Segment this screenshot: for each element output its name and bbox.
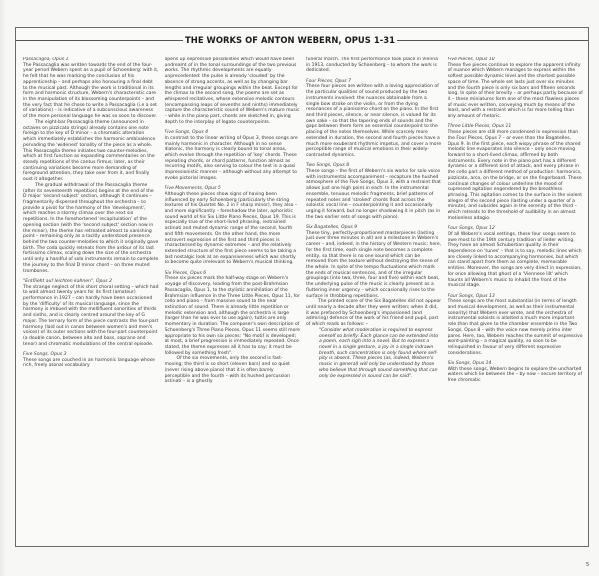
page-number: 5 bbox=[586, 562, 589, 568]
column-4: Five Pieces, Opus 10 These five pieces c… bbox=[448, 57, 584, 545]
section-opus-3: Five Songs, Opus 3 These songs are couch… bbox=[23, 352, 159, 369]
column-1: Passacaglia, Opus 1 The Passacaglia was … bbox=[23, 57, 159, 545]
title-rule-left bbox=[16, 40, 183, 41]
paragraph: These songs are couched in an harmonic l… bbox=[23, 358, 159, 369]
paragraph: opens up expressive possibilities which … bbox=[165, 57, 301, 126]
paragraph: These four pieces are written with a lov… bbox=[306, 84, 442, 158]
paragraph: funeral march. The first performance too… bbox=[306, 57, 442, 74]
page-frame: THE WORKS OF ANTON WEBERN, OPUS 1-31 Pas… bbox=[15, 27, 589, 547]
paragraph: These songs are the most substantial (in… bbox=[448, 299, 584, 356]
text-columns: Passacaglia, Opus 1 The Passacaglia was … bbox=[23, 57, 583, 545]
schoenberg-quote: "Consider what moderation is required to… bbox=[319, 328, 442, 379]
paragraph: These pieces are still more condensed in… bbox=[448, 130, 584, 222]
scan-edge-shadow bbox=[0, 0, 6, 576]
section-opus-8: Two Songs, Opus 8 These songs – the firs… bbox=[306, 163, 442, 220]
paragraph: Although these pieces show signs of havi… bbox=[165, 192, 301, 266]
page-title: THE WORKS OF ANTON WEBERN, OPUS 1-31 bbox=[183, 35, 397, 45]
paragraph: Of the six movements, only the second is… bbox=[165, 356, 301, 385]
section-opus-12: Four Songs, Opus 12 Of all Webern's voca… bbox=[448, 226, 584, 289]
paragraph: With these songs, Webern begins to explo… bbox=[448, 367, 584, 384]
paragraph: The printed score of the Six Bagatelles … bbox=[306, 299, 442, 328]
section-opus-13: Four Songs, Opus 13 These songs are the … bbox=[448, 294, 584, 357]
title-row: THE WORKS OF ANTON WEBERN, OPUS 1-31 bbox=[16, 33, 588, 47]
section-opus-6-continued: funeral march. The first performance too… bbox=[306, 57, 442, 74]
paragraph: The gradual withdrawal of the Passacagli… bbox=[23, 183, 159, 275]
section-opus-10: Five Pieces, Opus 10 These five pieces c… bbox=[448, 57, 584, 120]
section-opus-1: Passacaglia, Opus 1 The Passacaglia was … bbox=[23, 57, 159, 274]
section-opus-14: Six Songs, Opus 14 With these songs, Web… bbox=[448, 361, 584, 384]
column-3: funeral march. The first performance too… bbox=[306, 57, 442, 545]
section-opus-7: Four Pieces, Opus 7 These four pieces ar… bbox=[306, 79, 442, 159]
section-opus-5: Five Movements, Opus 5 Although these pi… bbox=[165, 186, 301, 266]
section-opus-4: Five Songs, Opus 4 In contrast to the li… bbox=[165, 130, 301, 181]
section-opus-6: Six Pieces, Opus 6 These six pieces mark… bbox=[165, 271, 301, 385]
paragraph: These songs – the first of Webern's six … bbox=[306, 169, 442, 220]
section-opus-9: Six Bagatelles, Opus 9 These tiny, perfe… bbox=[306, 225, 442, 379]
column-2: opens up expressive possibilities which … bbox=[165, 57, 301, 545]
paragraph: These six pieces mark the half-way stage… bbox=[165, 276, 301, 356]
paragraph: The eight-bar Passacaglia theme (announc… bbox=[23, 120, 159, 183]
section-opus-3-continued: opens up expressive possibilities which … bbox=[165, 57, 301, 126]
paragraph: The Passacaglia was written towards the … bbox=[23, 63, 159, 120]
paragraph: In contrast to the linear writing of Opu… bbox=[165, 136, 301, 182]
paragraph: Of all Webern's vocal settings, these fo… bbox=[448, 232, 584, 289]
section-opus-2: "Entflieht auf leichten kahnen", Opus 2 … bbox=[23, 279, 159, 348]
paragraph: These tiny, perfectly-proportioned maste… bbox=[306, 231, 442, 300]
paragraph: The strange neglect of this short choral… bbox=[23, 285, 159, 348]
paragraph: These five pieces continue to explore th… bbox=[448, 63, 584, 120]
title-rule-right bbox=[397, 40, 588, 41]
section-opus-11: Three Little Pieces, Opus 11 These piece… bbox=[448, 124, 584, 221]
